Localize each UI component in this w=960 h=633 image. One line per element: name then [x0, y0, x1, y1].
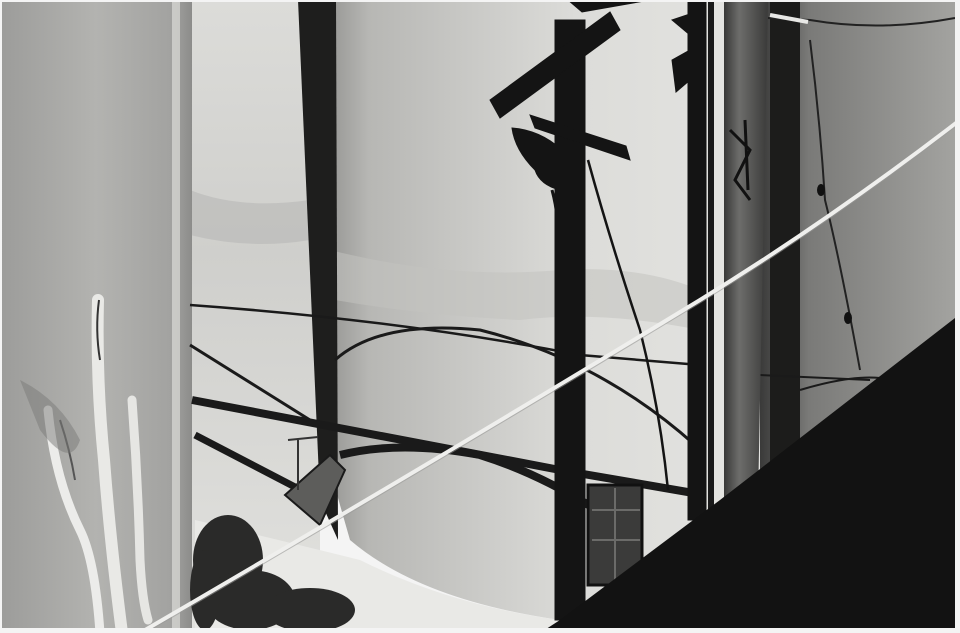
photo-canvas	[0, 0, 960, 633]
photograph: Black and white photograph: shadows of u…	[0, 0, 960, 633]
